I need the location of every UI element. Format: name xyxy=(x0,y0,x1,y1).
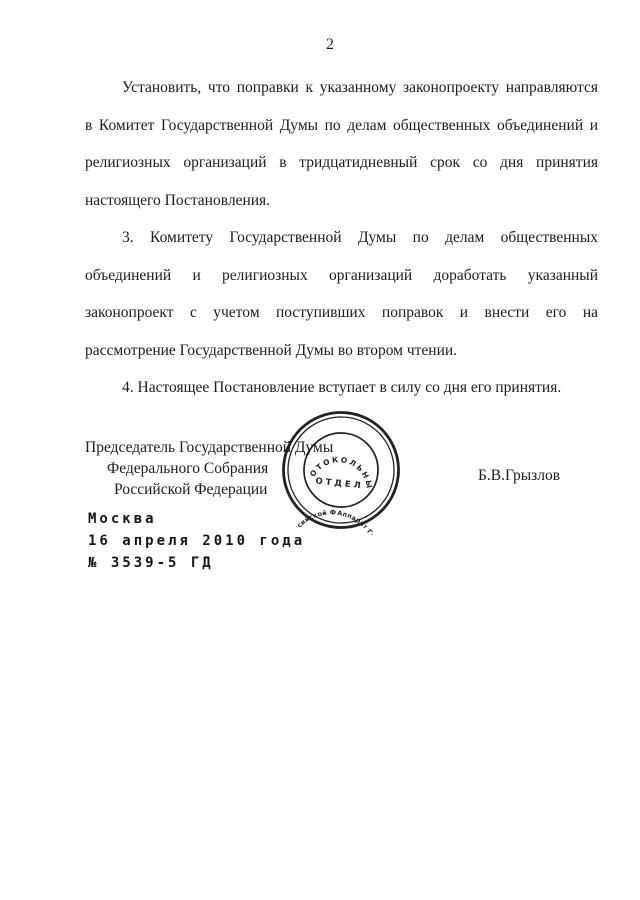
signatory-name: Б.В.Грызлов xyxy=(478,467,560,485)
text-line: в Комитет Государственной Думы по делам … xyxy=(85,107,598,145)
stamp-center-text: ОТДЕЛ xyxy=(315,476,364,491)
text-line: настоящего Постановления. xyxy=(85,182,598,220)
page-number: 2 xyxy=(0,36,640,54)
text-line: 4. Настоящее Постановление вступает в си… xyxy=(85,369,598,407)
text-line: объединений и религиозных организаций до… xyxy=(85,257,598,295)
text-line: законопроект с учетом поступивших поправ… xyxy=(85,294,598,332)
text-line: Установить, что поправки к указанному за… xyxy=(85,69,598,107)
footer-block: Москва 16 апреля 2010 года № 3539-5 ГД xyxy=(88,508,305,574)
footer-date: 16 апреля 2010 года xyxy=(88,530,305,552)
footer-city: Москва xyxy=(88,508,305,530)
resolution-body-text: Установить, что поправки к указанному за… xyxy=(85,69,598,407)
text-line: рассмотрение Государственной Думы во вто… xyxy=(85,332,598,370)
footer-number: № 3539-5 ГД xyxy=(88,552,305,574)
text-line: 3. Комитету Государственной Думы по дела… xyxy=(85,219,598,257)
text-line: религиозных организаций в тридцатидневны… xyxy=(85,144,598,182)
